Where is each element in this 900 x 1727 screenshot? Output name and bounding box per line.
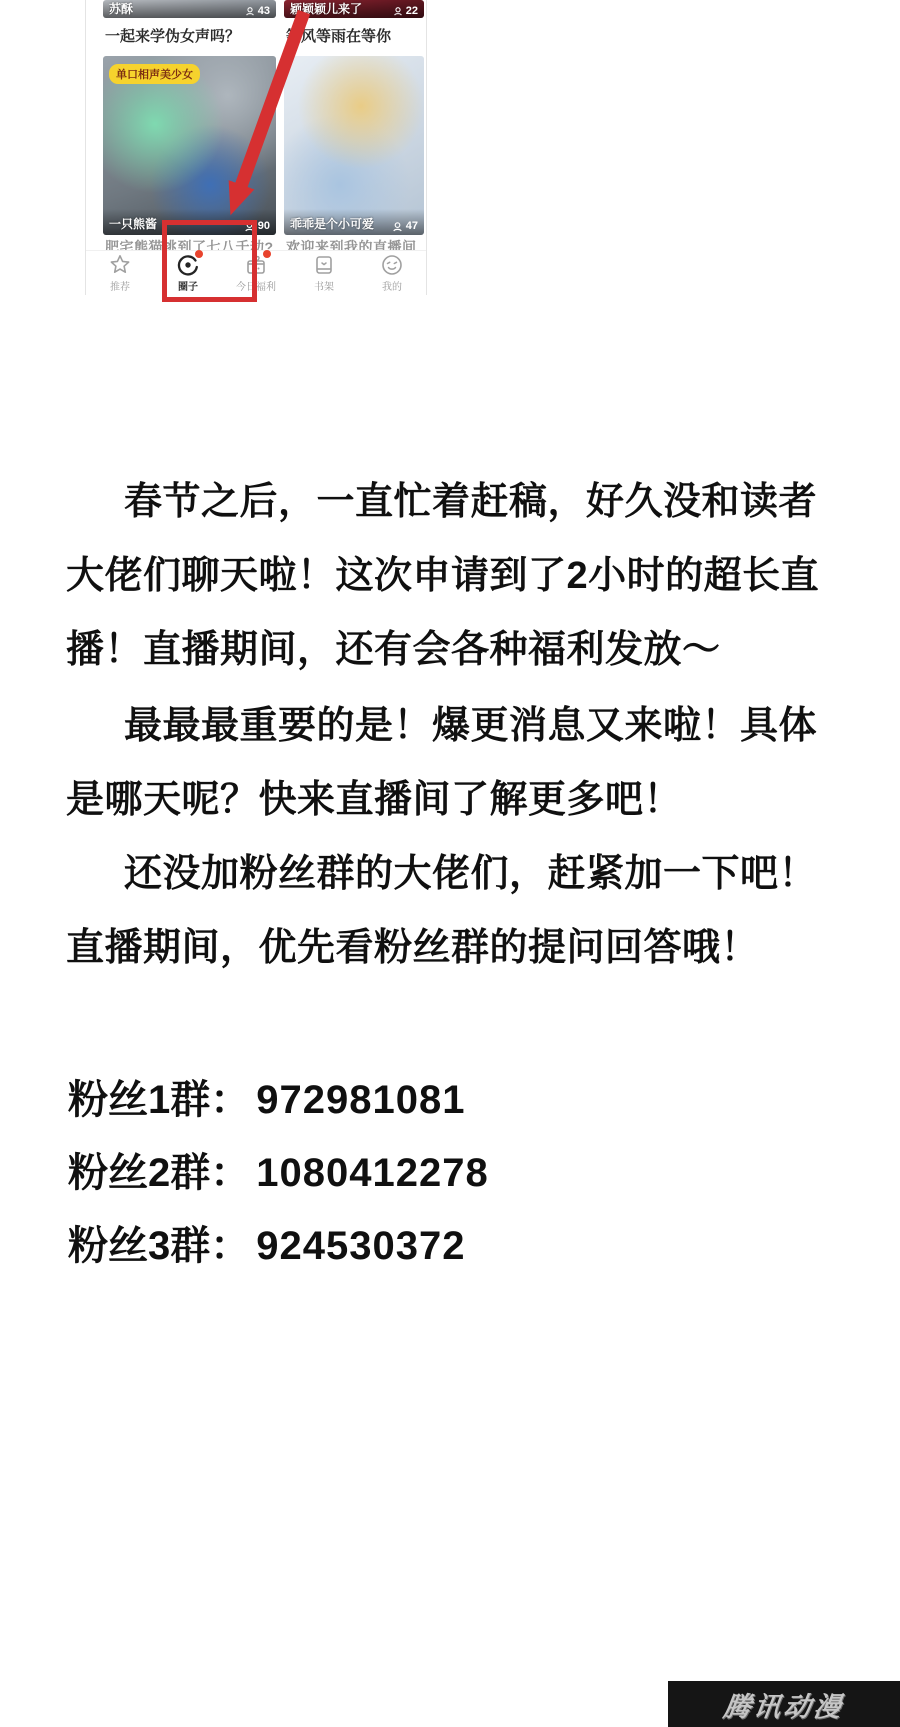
announcement-line: 还没加粉丝群的大佬们，赶紧加一下吧！ [66,842,900,897]
app-screenshot: 苏酥 43 一起来学伪女声吗？ 颖颖颖儿来了 22 等风等雨在等你 单口相声美少… [85,0,427,295]
viewers-icon [393,6,403,16]
tab-label: 书架 [314,278,334,293]
tab-label: 推荐 [110,278,130,293]
viewer-count: 47 [392,220,418,232]
stream-card-cutie[interactable]: 乖乖是个小可爱 47 [284,56,424,235]
fan-group-number: 924530372 [256,1224,465,1268]
star-icon [108,253,132,277]
stream-card-bear[interactable]: 单口相声美少女 一只熊酱 90 [103,56,276,235]
streamer-name: 苏酥 [109,0,133,17]
viewer-count: 43 [245,5,270,17]
tab-label: 我的 [382,278,402,293]
viewer-count: 22 [393,5,418,17]
fan-group-label: 粉丝1群： [68,1078,250,1122]
streamer-name: 颖颖颖儿来了 [290,0,362,17]
fan-group-label: 粉丝2群： [68,1151,250,1195]
smiley-icon [380,253,404,277]
card-title: 一起来学伪女声吗？ [105,25,240,46]
streamer-name: 乖乖是个小可爱 [290,215,374,232]
streamer-name: 一只熊酱 [109,215,157,232]
announcement-line: 大佬们聊天啦！这次申请到了2小时的超长直 [66,544,856,599]
card-overlay: 苏酥 43 [103,0,276,18]
announcement-line: 最最最重要的是！爆更消息又来啦！具体 [66,694,900,749]
stream-card-susu[interactable]: 苏酥 43 [103,0,276,18]
watermark-text: 腾讯动漫 [721,1685,846,1724]
fan-group-1: 粉丝1群：972981081 [68,1068,465,1125]
viewers-icon [392,221,403,232]
fan-group-label: 粉丝3群： [68,1224,250,1268]
tab-mine[interactable]: 我的 [364,253,420,293]
announcement-line: 播！直播期间，还有会各种福利发放～ [66,618,856,673]
announcement-line: 直播期间，优先看粉丝群的提问回答哦！ [66,916,856,971]
announcement-line: 春节之后，一直忙着赶稿，好久没和读者 [66,470,900,525]
card-tag-badge: 单口相声美少女 [109,64,200,84]
tab-bookshelf[interactable]: 书架 [296,253,352,293]
comic-announcement-page: 苏酥 43 一起来学伪女声吗？ 颖颖颖儿来了 22 等风等雨在等你 单口相声美少… [0,0,900,1727]
fan-group-3: 粉丝3群：924530372 [68,1214,465,1271]
viewers-icon [245,6,255,16]
fan-group-2: 粉丝2群：1080412278 [68,1141,489,1198]
card-subtitle-clipped: 欢迎来到我的直播间 [286,237,424,250]
card-overlay: 乖乖是个小可爱 47 [284,209,424,235]
fan-group-number: 1080412278 [256,1151,488,1195]
card-title: 等风等雨在等你 [286,25,391,46]
red-highlight-box [162,220,257,302]
fan-group-number: 972981081 [256,1078,465,1122]
announcement-line: 是哪天呢？快来直播间了解更多吧！ [66,768,856,823]
card-overlay: 颖颖颖儿来了 22 [284,0,424,18]
stream-card-yingying[interactable]: 颖颖颖儿来了 22 [284,0,424,18]
notification-dot [263,250,271,258]
bookshelf-icon [312,253,336,277]
tab-recommend[interactable]: 推荐 [92,253,148,293]
tencent-comics-watermark: 腾讯动漫 [668,1681,900,1727]
